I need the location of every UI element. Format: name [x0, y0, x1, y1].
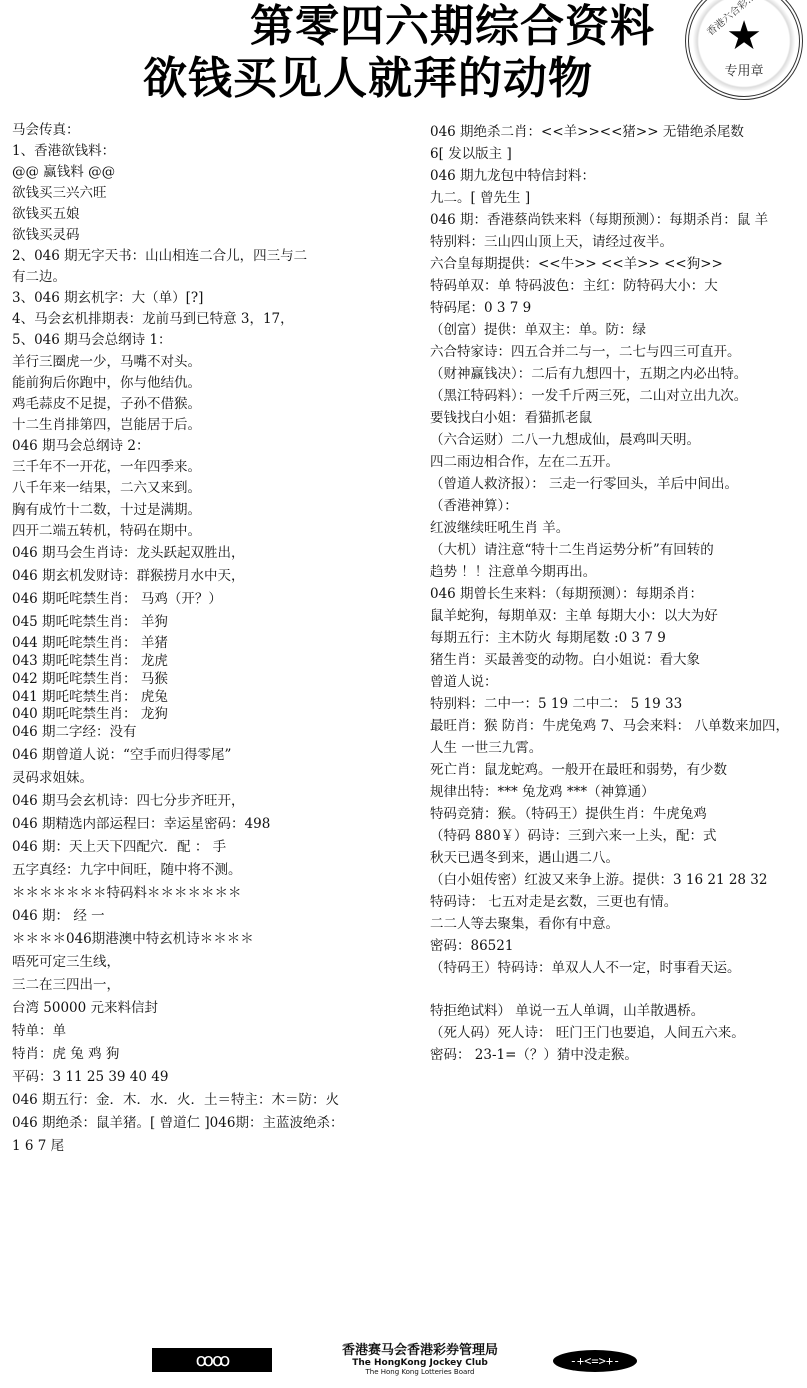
text-line: 特肖：虎 兔 鸡 狗 [12, 1044, 119, 1064]
text-line: 四开二端五转机，特码在期中。 [12, 521, 201, 541]
text-line: 八千年来一结果，二六又来到。 [12, 478, 201, 498]
text-line: 四二雨边相合作，左在二五开。 [430, 452, 619, 472]
footer-org-en: The HongKong Jockey Club [290, 1358, 550, 1368]
text-line: 046 期玄机发财诗：群猴捞月水中天， [12, 566, 245, 586]
text-line: 胸有成竹十二数，十过是满期。 [12, 500, 201, 520]
text-line: 045 期吒咤禁生肖： 羊狗 [12, 612, 168, 632]
text-line: 046 期马会玄机诗：四七分步齐旺开， [12, 791, 245, 811]
text-line: 043 期吒咤禁生肖： 龙虎 [12, 651, 168, 671]
text-line: 特拒绝试料） 单说一五人单调，山羊散遇桥。 [430, 1001, 704, 1021]
text-line: 1 6 7 尾 [12, 1136, 64, 1156]
text-line: 平码：3 11 25 39 40 49 [12, 1067, 168, 1087]
text-line: （黑江特码料）：一发千斤两三死，二山对立出九次。 [430, 386, 747, 406]
text-line: 死亡肖：鼠龙蛇鸡。一般开在最旺和弱势，有少数 [430, 760, 727, 780]
jockey-club-logo-icon: ꝏꝏ [152, 1348, 272, 1372]
text-line: 046 期吒咤禁生肖： 马鸡（开？） [12, 589, 222, 609]
text-line: ＊＊＊＊046期港澳中特玄机诗＊＊＊＊ [12, 929, 254, 949]
text-line: 046 期绝杀二肖：<<羊>><<猪>> 无错绝杀尾数 [430, 122, 744, 142]
text-line: 特码诗： 七五对走是玄数，三更也有情。 [430, 892, 677, 912]
official-seal: 香港六合彩…日报社 ★ 专用章 [685, 0, 803, 100]
text-line: 046 期精选内部运程曰：幸运星密码：498 [12, 814, 270, 834]
lotteries-board-logo-icon: -+<=>+- [553, 1350, 637, 1372]
text-line: 密码：86521 [430, 936, 513, 956]
text-line: 046 期马会总纲诗 2： [12, 436, 149, 456]
text-line: 3、046 期玄机字：大（单）[?] [12, 288, 203, 308]
text-line: 五字真经：九字中间旺，随中将不测。 [12, 860, 242, 880]
text-line: 鼠羊蛇狗，每期单双：主单 每期大小：以大为好 [430, 606, 718, 626]
text-line: 046 期马会生肖诗：龙头跃起双胜出， [12, 543, 245, 563]
text-line: 2、046 期无字天书：山山相连二合儿，四三与二 [12, 246, 307, 266]
footer: ꝏꝏ 香港赛马会香港彩券管理局 The HongKong Jockey Club… [0, 1340, 807, 1388]
text-line: 046 期九龙包中特信封料： [430, 166, 595, 186]
text-line: 特码尾：0 3 7 9 [430, 298, 531, 318]
page-title: 第零四六期综合资料 [250, 2, 655, 52]
text-line: 灵码求姐妹。 [12, 768, 93, 788]
text-line: 042 期吒咤禁生肖： 马猴 [12, 669, 168, 689]
text-line: 046 期绝杀：鼠羊猪。[ 曾道仁 ]046期：主蓝波绝杀： [12, 1113, 343, 1133]
text-line: 每期五行：主木防火 每期尾数 :0 3 7 9 [430, 628, 666, 648]
text-line: 猪生肖：买最善变的动物。白小姐说：看大象 [430, 650, 700, 670]
text-line: 趋势 ！！注意单今期再出。 [430, 562, 596, 582]
text-line: 040 期吒咤禁生肖： 龙狗 [12, 704, 168, 724]
text-line: 密码： 23-1=（？）猜中没走猴。 [430, 1045, 638, 1065]
text-line: （特码 880￥）码诗：三到六来一上头，配：式 [430, 826, 717, 846]
text-line: 特单：单 [12, 1021, 66, 1041]
text-line: 规律出特：*** 兔龙鸡 ***（神算通） [430, 782, 655, 802]
text-line: 046 期曾长生来料：（每期预测）：每期杀肖： [430, 584, 703, 604]
footer-org-en-sub: The Hong Kong Lotteries Board [290, 1368, 550, 1376]
text-line: 046 期： 经 一 [12, 906, 105, 926]
text-line: ＊＊＊＊＊＊＊特码料＊＊＊＊＊＊＊ [12, 883, 242, 903]
text-line: 秋天已遇冬到来，遇山遇二八。 [430, 848, 619, 868]
text-line: 欲钱买五娘 [12, 204, 80, 224]
text-line: @@ 赢钱料 @@ [12, 162, 115, 182]
logo-glyph: ꝏꝏ [196, 1350, 229, 1371]
seal-label: 专用章 [689, 60, 799, 79]
text-line: 046 期曾道人说：“空手而归得零尾” [12, 745, 231, 765]
text-line: （创富）提供：单双主：单。防：绿 [430, 320, 646, 340]
text-line: 特别料：三山四山顶上天，请经过夜半。 [430, 232, 673, 252]
text-line: 鸡毛蒜皮不足提，子孙不借猴。 [12, 394, 201, 414]
text-line: 红波继续旺吼生肖 羊。 [430, 518, 569, 538]
text-line: 六合皇每期提供：<<牛>> <<羊>> <<狗>> [430, 254, 723, 274]
text-line: 九二。[ 曾先生 ] [430, 188, 530, 208]
text-line: 要钱找白小姐：看猫抓老鼠 [430, 408, 592, 428]
text-line: 1、香港欲钱料： [12, 141, 115, 161]
text-line: （香港神算）： [430, 496, 518, 516]
text-line: 台湾 50000 元来料信封 [12, 998, 158, 1018]
text-line: 欲钱买灵码 [12, 225, 80, 245]
text-line: 特别料：二中一：5 19 二中二： 5 19 33 [430, 694, 682, 714]
title-block: 第零四六期综合资料 欲钱买见人就拜的动物 香港六合彩…日报社 ★ 专用章 [0, 0, 807, 110]
text-line: （曾道人救济报）： 三走一行零回头，羊后中间出。 [430, 474, 738, 494]
text-line: 044 期吒咤禁生肖： 羊猪 [12, 633, 168, 653]
footer-org-cn: 香港赛马会香港彩券管理局 [290, 1344, 550, 1358]
text-line: （六合运财）二八一九想成仙，晨鸡叫天明。 [430, 430, 700, 450]
text-line: 046 期：天上天下四配穴．配 ： 手 [12, 837, 226, 857]
text-line: 特码单双：单 特码波色：主红：防特码大小：大 [430, 276, 718, 296]
text-line: 最旺肖：猴 防肖：牛虎兔鸡 7、马会来料： 八单数来加四， [430, 716, 789, 736]
text-line: 六合特家诗：四五合并二与一，二七与四三可直开。 [430, 342, 741, 362]
text-line: 046 期二字经：没有 [12, 722, 137, 742]
footer-org: 香港赛马会香港彩券管理局 The HongKong Jockey Club Th… [290, 1344, 550, 1376]
text-line: 羊行三圈虎一少，马嘴不对头。 [12, 352, 201, 372]
text-line: 能前狗后你跑中，你与他结仇。 [12, 373, 201, 393]
text-line: 马会传真： [12, 120, 80, 140]
page-subtitle: 欲钱买见人就拜的动物 [143, 54, 593, 104]
text-line: 4、马会玄机排期表：龙前马到已特意 3，17， [12, 309, 294, 329]
text-line: 5、046 期马会总纲诗 1： [12, 330, 172, 350]
text-line: 三二在三四出一， [12, 975, 120, 995]
text-line: 十二生肖排第四，岂能居于后。 [12, 415, 201, 435]
text-line: （特码王）特码诗：单双人人不一定，时事看天运。 [430, 958, 741, 978]
text-line: 046 期：香港蔡尚铁来料（每期预测）：每期杀肖：鼠 羊 [430, 210, 768, 230]
text-line: （白小姐传密）红波又来争上游。提供：3 16 21 28 32 [430, 870, 767, 890]
text-line: （财神赢钱决）：二后有九想四十，五期之内必出特。 [430, 364, 747, 384]
text-line: 人生 一世三九霄。 [430, 738, 542, 758]
text-line: 欲钱买三兴六旺 [12, 183, 107, 203]
text-line: （死人码）死人诗： 旺门王门也要追，人间五六来。 [430, 1023, 745, 1043]
text-line: 三千年不一开花，一年四季来。 [12, 457, 201, 477]
text-line: 6[ 发以版主 ] [430, 144, 512, 164]
text-line: 二二人等去聚集，看你有中意。 [430, 914, 619, 934]
logo-glyph: -+<=>+- [570, 1354, 621, 1368]
text-line: 曾道人说： [430, 672, 498, 692]
star-icon: ★ [689, 16, 799, 56]
text-line: 特码竞猜：猴。（特码王）提供生肖：牛虎兔鸡 [430, 804, 707, 824]
text-line: 有二边。 [12, 267, 66, 287]
text-line: 唔死可定三生线， [12, 952, 120, 972]
text-line: 046 期五行：金．木．水．火．土＝特主：木＝防：火 [12, 1090, 339, 1110]
text-line: （大机）请注意“特十二生肖运势分析”有回转的 [430, 540, 714, 560]
